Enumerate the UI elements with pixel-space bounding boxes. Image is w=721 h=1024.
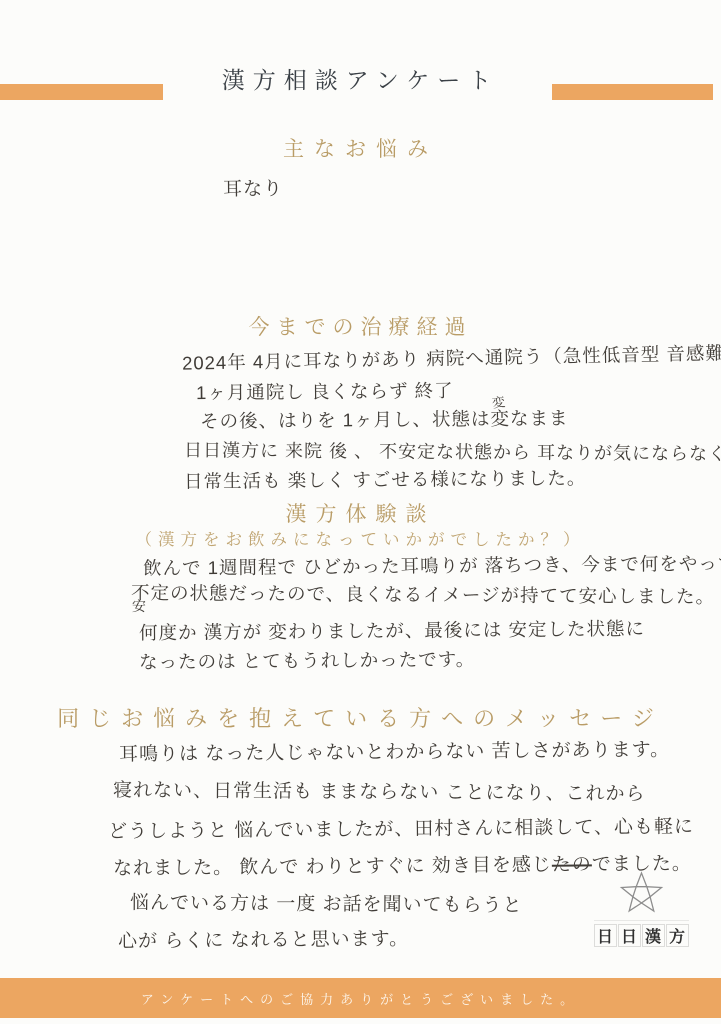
- brand-char: 日: [594, 924, 617, 947]
- line-text: なれました。 飲んで わりとすぐに 効き目を感じ: [113, 855, 552, 880]
- line-text: その後、はりを 1ヶ月し、状態は: [200, 408, 491, 432]
- handwritten-line: なったのは とてもうれしかったです。: [139, 646, 475, 675]
- section-subtitle-kampo-experience: （漢方をお飲みになっていかがでしたか？）: [0, 526, 721, 550]
- footer-thank-you-message: アンケートへのご協力ありがとうございました。: [141, 989, 580, 1008]
- handwritten-line: 日常生活も 楽しく すごせる様になりました。: [184, 464, 587, 494]
- brand-logo: 日日漢方: [586, 870, 696, 947]
- handwritten-line: 1ヶ月通院し 良くならず 終了: [196, 377, 454, 405]
- section-heading-treatment-history: 今までの治療経過: [0, 311, 721, 341]
- corrected-character: 変変: [490, 405, 510, 431]
- handwritten-line: 心が らくに なれると思います。: [118, 924, 409, 954]
- page-title: 漢方相談アンケート: [0, 62, 721, 95]
- handwritten-line: 寝れない、日常生活も ままならない ことになり、これから: [113, 775, 646, 806]
- section-heading-message: 同じお悩みを抱えている方へのメッセージ: [0, 702, 721, 733]
- handwritten-line: 2024年 4月に耳なりがあり 病院へ通院う（急性低音型 音感難聴 ）: [182, 338, 721, 375]
- brand-char: 漢: [642, 924, 665, 947]
- scanned-questionnaire-page: 漢方相談アンケート 主なお悩み 耳なり 今までの治療経過 2024年 4月に耳な…: [0, 0, 721, 1024]
- brand-char: 方: [666, 924, 689, 947]
- handwritten-line: 耳鳴りは なった人じゃないとわからない 苦しさがあります。: [119, 735, 670, 767]
- line-text: なまま: [510, 407, 569, 429]
- footer-accent-bar: アンケートへのご協力ありがとうございました。: [0, 978, 721, 1018]
- brand-char: 日: [618, 924, 641, 947]
- star-outline-icon: [618, 870, 665, 917]
- handwritten-line: 何度か 漢方が 変わりましたが、最後には 安定した状態に: [139, 615, 645, 645]
- inserted-character-below: 安: [132, 596, 146, 616]
- handwritten-line: 日日漢方に 来院 後 、 不安定な状態から 耳なりが気にならなく: [184, 436, 721, 466]
- insertion-point: 不安: [131, 579, 151, 605]
- section-heading-main-concern: 主なお悩み: [0, 133, 721, 163]
- correction-written-above: 変: [491, 391, 507, 412]
- handwritten-line: 悩んでいる方は 一度 お話を聞いてもらうと: [130, 888, 523, 918]
- brand-name: 日日漢方: [594, 920, 689, 947]
- handwritten-line: 不安定の状態だったので、良くなるイメージが持てて安心しました。: [131, 579, 715, 609]
- line-text: 定の状態だったので、良くなるイメージが持てて安心しました。: [150, 582, 715, 607]
- handwritten-line: どうしようと 悩んでいましたが、田村さんに相談して、心も軽に: [108, 811, 694, 843]
- handwritten-line: その後、はりを 1ヶ月し、状態は変変なまま: [200, 404, 569, 433]
- handwritten-line: 飲んで 1週間程で ひどかった耳鳴りが 落ちつき、今まで何をやっても: [143, 549, 721, 580]
- section-heading-kampo-experience: 漢方体験談: [0, 498, 721, 528]
- handwritten-answer-main-concern: 耳なり: [223, 174, 283, 202]
